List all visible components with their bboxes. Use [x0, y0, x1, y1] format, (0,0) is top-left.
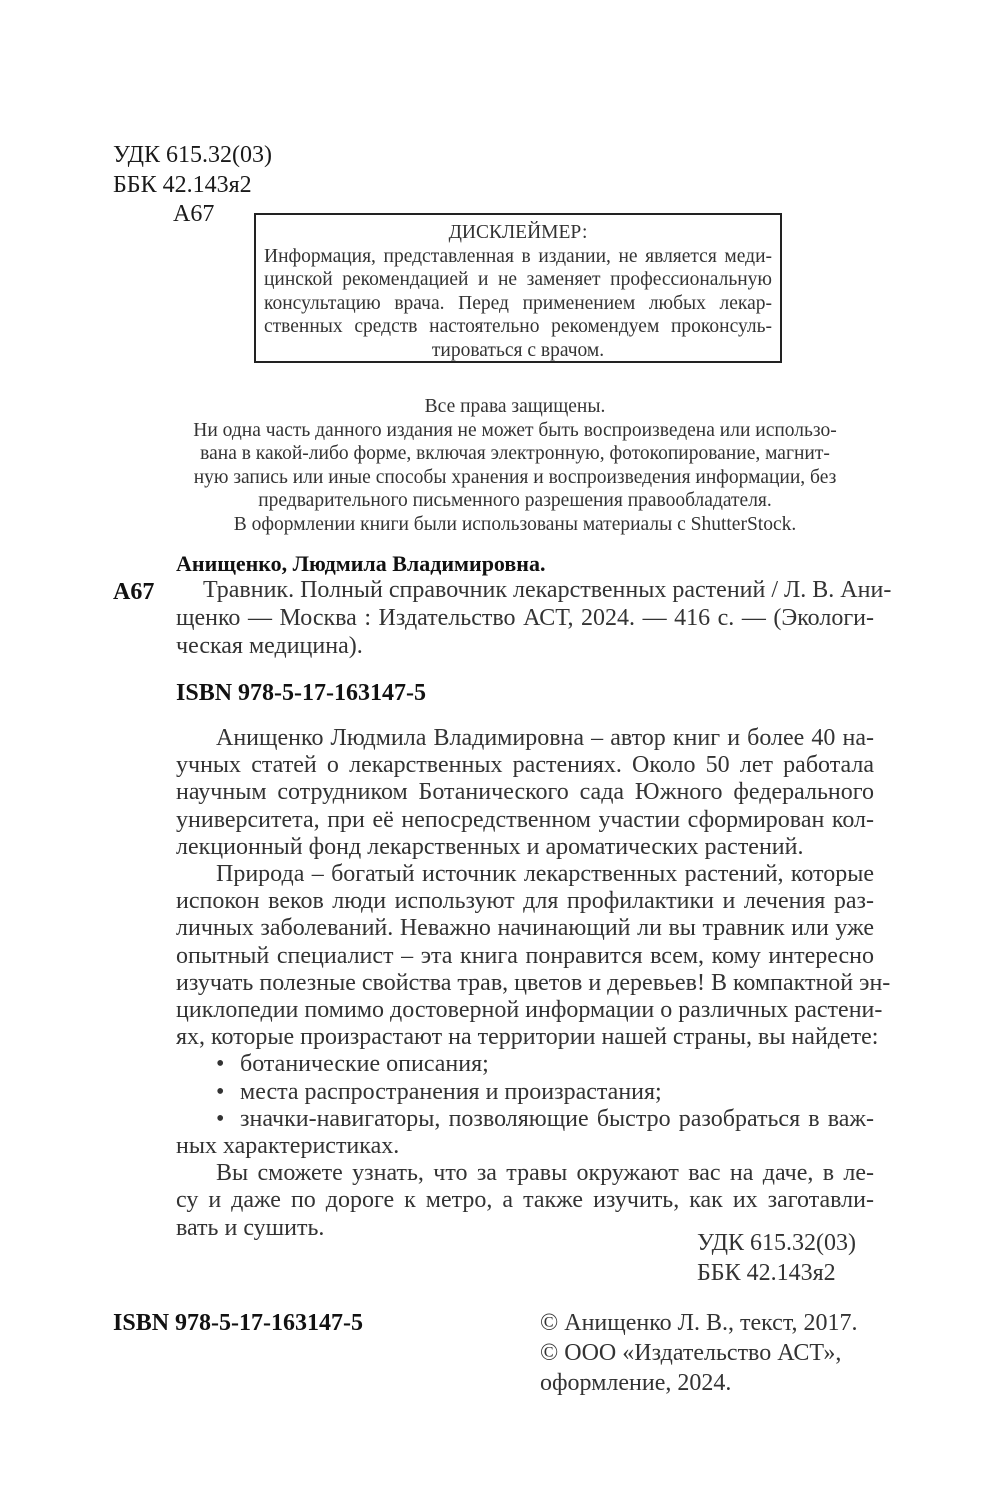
author-mark: А67	[173, 199, 214, 229]
bullet-item: •ботанические описания;	[176, 1051, 874, 1078]
isbn: ISBN 978-5-17-163147-5	[176, 678, 426, 708]
annotation-line: лекционный фонд лекарственных и ароматич…	[176, 834, 874, 861]
disclaimer-box: ДИСКЛЕЙМЕР: Информация, представленная в…	[254, 213, 782, 363]
biblio-line: щенко — Москва : Издательство АСТ, 2024.…	[176, 604, 874, 632]
annotation-line: циклопедии помимо достоверной информации…	[176, 997, 874, 1024]
annotation-line: научным сотрудником Ботанического сада Ю…	[176, 779, 874, 806]
annotation-line: ях, которые произрастают на территории н…	[176, 1024, 874, 1051]
rights-line: ную запись или иные способы хранения и в…	[150, 466, 880, 490]
annotation-line: личных заболеваний. Неважно начинающий л…	[176, 915, 874, 942]
annotation-line: Вы сможете узнать, что за травы окружают…	[176, 1160, 874, 1187]
copyright-line: оформление, 2024.	[540, 1368, 858, 1398]
author-mark-side: А67	[113, 578, 154, 606]
rights-line: Все права защищены.	[150, 395, 880, 419]
disclaimer-line: Информация, представленная в издании, не…	[264, 245, 772, 269]
disclaimer-title: ДИСКЛЕЙМЕР:	[264, 221, 772, 245]
annotation-line: испокон веков люди используют для профил…	[176, 888, 874, 915]
bullet-icon: •	[216, 1051, 240, 1078]
annotation-line: Природа – богатый источник лекарственных…	[176, 861, 874, 888]
copyright-line: © Анищенко Л. В., текст, 2017.	[540, 1308, 858, 1338]
bullet-icon: •	[216, 1079, 240, 1106]
disclaimer-line: тироваться с врачом.	[264, 339, 772, 363]
annotation-line: учных статей о лекарственных растениях. …	[176, 752, 874, 779]
biblio-line: ческая медицина).	[176, 632, 874, 660]
disclaimer-line: ственных средств настоятельно рекомендуе…	[264, 315, 772, 339]
rights-line: Ни одна часть данного издания не может б…	[150, 419, 880, 443]
rights-line: В оформлении книги были использованы мат…	[150, 513, 880, 537]
bullet-icon: •	[216, 1106, 240, 1133]
bullet-item: •значки-навигаторы, позволяющие быстро р…	[176, 1106, 874, 1133]
udk-code-footer: УДК 615.32(03)	[697, 1228, 856, 1258]
rights-line: предварительного письменного разрешения …	[150, 489, 880, 513]
annotation-line: университета, при её непосредственном уч…	[176, 807, 874, 834]
bbk-code: ББК 42.143я2	[113, 170, 252, 200]
disclaimer-line: консультацию врача. Перед применением лю…	[264, 292, 772, 316]
rights-line: вана в какой-либо форме, включая электро…	[150, 442, 880, 466]
annotation-line: Анищенко Людмила Владимировна – автор кн…	[176, 725, 874, 752]
copyright-line: © ООО «Издательство АСТ»,	[540, 1338, 858, 1368]
copyright-block: © Анищенко Л. В., текст, 2017. © ООО «Из…	[540, 1308, 858, 1398]
udk-code: УДК 615.32(03)	[113, 140, 272, 170]
bullet-item: •места распространения и произрастания;	[176, 1079, 874, 1106]
disclaimer-line: цинской рекомендацией и не заменяет проф…	[264, 268, 772, 292]
isbn-footer: ISBN 978-5-17-163147-5	[113, 1308, 363, 1338]
biblio-line: Травник. Полный справочник лекарственных…	[176, 576, 874, 604]
annotation-line: изучать полезные свойства трав, цветов и…	[176, 970, 874, 997]
bibliographic-description: Травник. Полный справочник лекарственных…	[176, 576, 874, 660]
annotation-line: ных характеристиках.	[176, 1133, 874, 1160]
bbk-code-footer: ББК 42.143я2	[697, 1258, 836, 1288]
rights-notice: Все права защищены. Ни одна часть данног…	[150, 395, 880, 537]
annotation-line: опытный специалист – эта книга понравитс…	[176, 943, 874, 970]
author-heading: Анищенко, Людмила Владимировна.	[176, 550, 545, 578]
annotation: Анищенко Людмила Владимировна – автор кн…	[176, 725, 874, 1242]
annotation-line: су и даже по дороге к метро, а также изу…	[176, 1187, 874, 1214]
